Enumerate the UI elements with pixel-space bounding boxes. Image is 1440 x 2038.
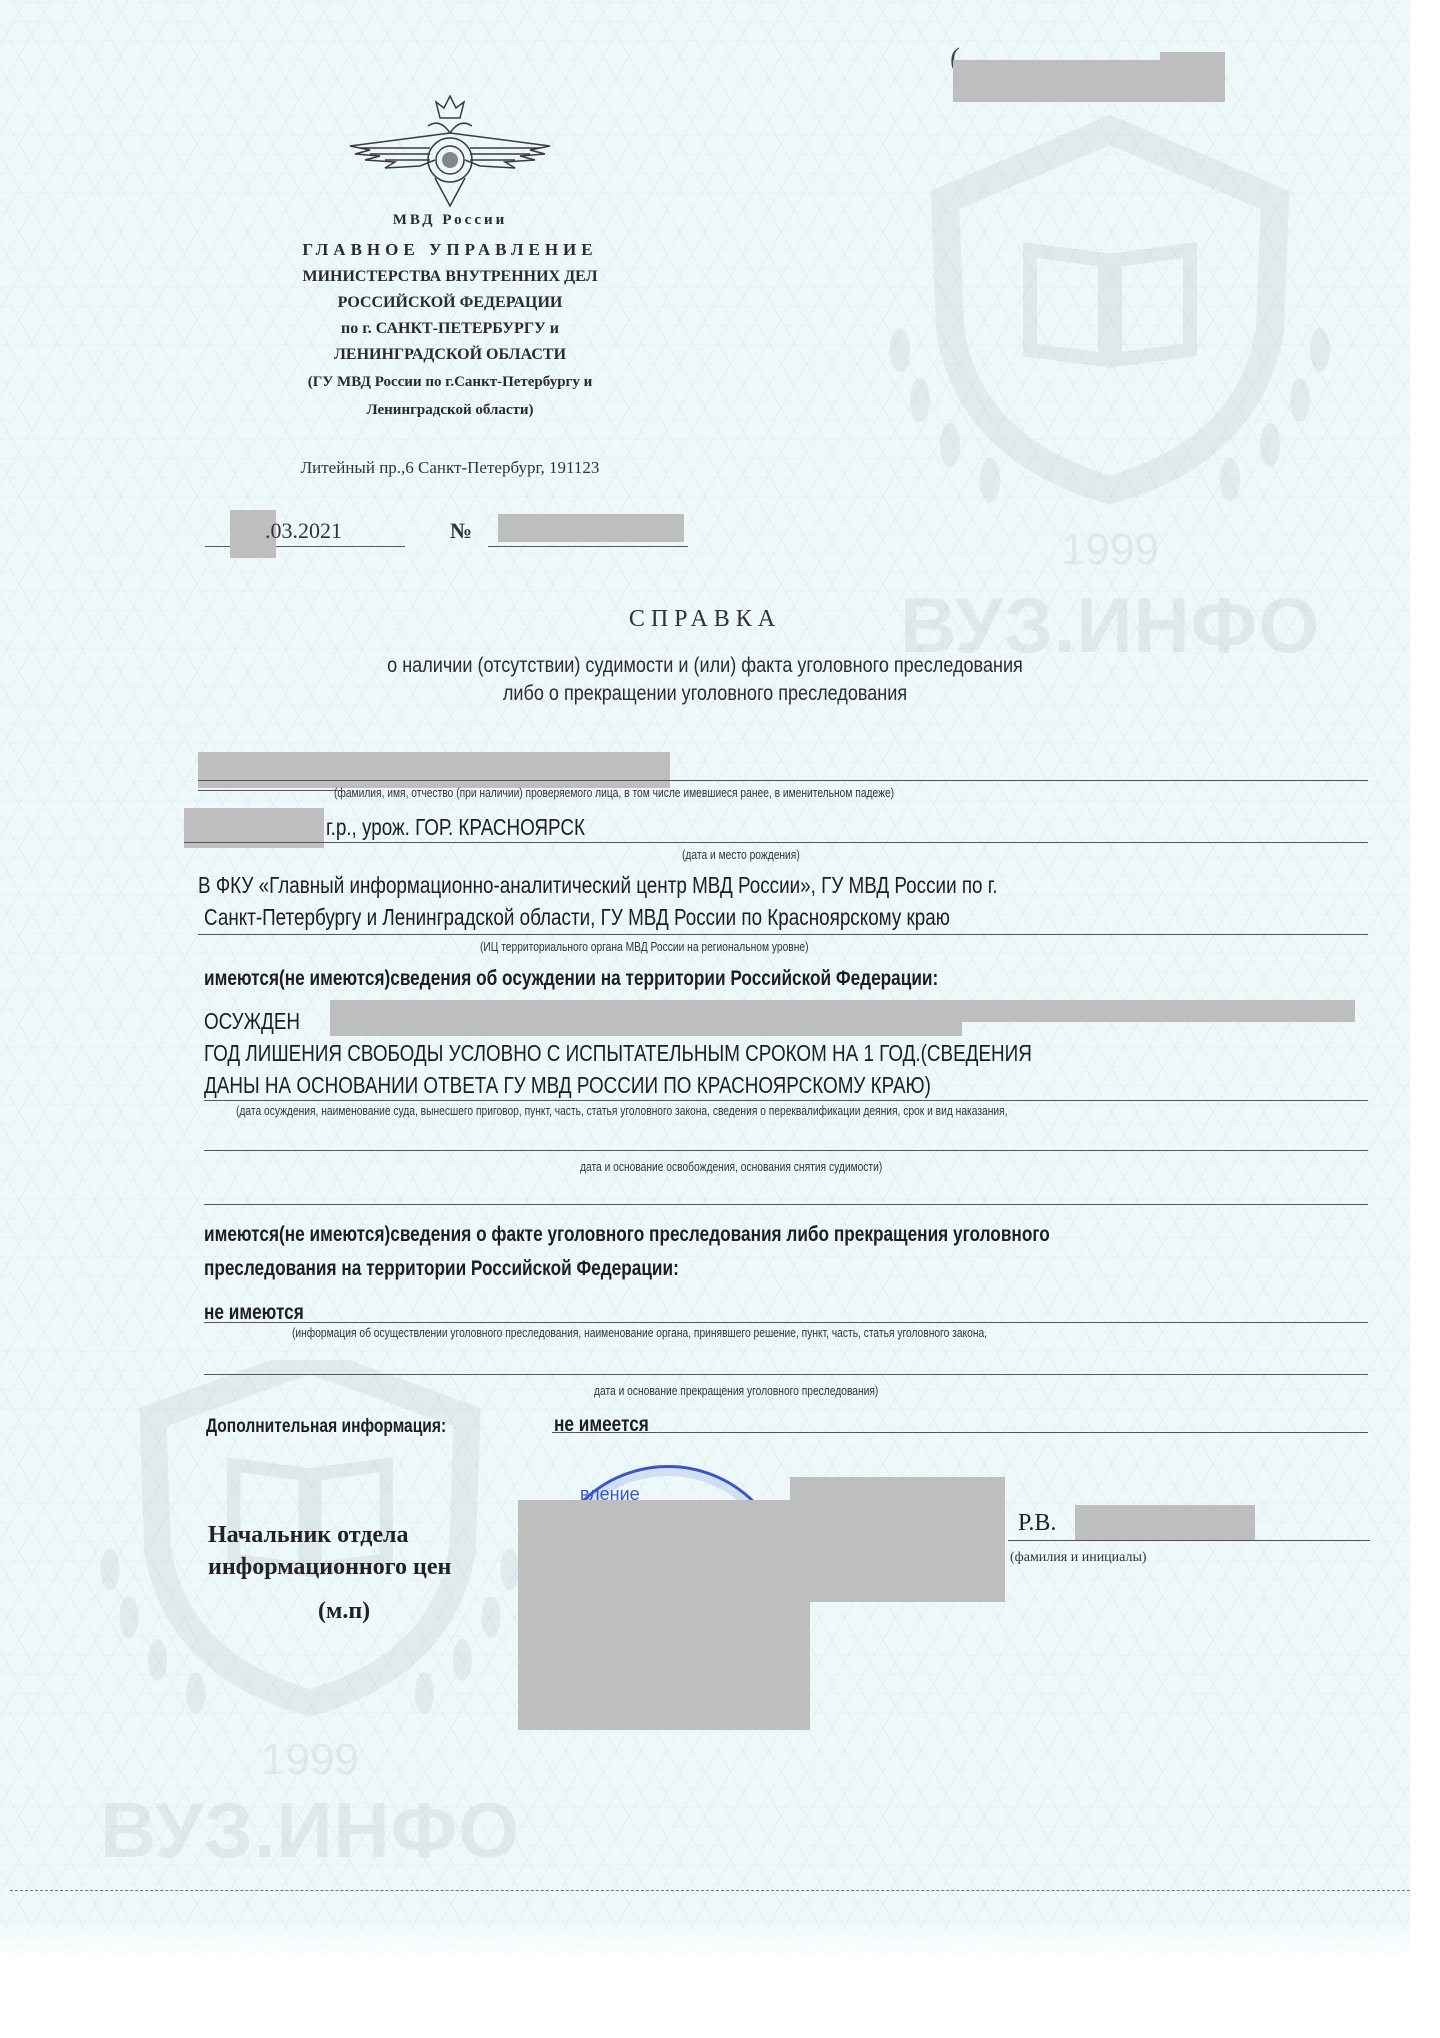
document-title: СПРАВКА xyxy=(0,606,1410,633)
prosecution-line-2 xyxy=(204,1374,1368,1375)
header-line: РОССИЙСКОЙ ФЕДЕРАЦИИ xyxy=(240,294,660,312)
redacted-block xyxy=(518,1500,810,1730)
header-line: Ленинградской области) xyxy=(240,402,660,419)
redacted-block xyxy=(1075,1505,1255,1541)
redacted-block xyxy=(790,1477,1005,1602)
conviction-hint: (дата осуждения, наименование суда, выне… xyxy=(236,1104,1008,1118)
signer-line xyxy=(1008,1540,1370,1541)
conviction-value-line: ОСУЖДЕН xyxy=(204,1008,321,1035)
header-line: МВД России xyxy=(240,212,660,229)
redacted-block xyxy=(953,60,1163,102)
redacted-block xyxy=(330,1018,962,1036)
watermark-year: 1999 xyxy=(80,1735,540,1785)
prosecution-label: имеются(не имеются)сведения о факте угол… xyxy=(204,1222,1235,1247)
additional-value: не имеется xyxy=(554,1412,670,1437)
number-sign: № xyxy=(450,518,472,544)
header-line: (ГУ МВД России по г.Санкт-Петербургу и xyxy=(240,374,660,391)
conviction-value-line: ДАНЫ НА ОСНОВАНИИ ОТВЕТА ГУ МВД РОССИИ П… xyxy=(204,1072,1090,1099)
signer-initials: Р.В. xyxy=(1018,1510,1056,1537)
header-line: ЛЕНИНГРАДСКОЙ ОБЛАСТИ xyxy=(240,346,660,364)
ic-hint: (ИЦ территориального органа МВД России н… xyxy=(480,940,809,954)
document-subtitle: о наличии (отсутствии) судимости и (или)… xyxy=(99,654,1312,678)
ic-value-line: В ФКУ «Главный информационно-аналитическ… xyxy=(198,872,1173,899)
document-page: 1999 ВУЗ.ИНФО 1999 ВУЗ.ИНФО ( xyxy=(0,0,1410,1960)
watermark-bottom: 1999 ВУЗ.ИНФО xyxy=(80,1360,540,1920)
ic-value-line: Санкт-Петербургу и Ленинградской области… xyxy=(204,904,1114,931)
conviction-line xyxy=(204,1100,1368,1101)
birth-line xyxy=(184,842,1368,843)
header-line: МИНИСТЕРСТВА ВНУТРЕННИХ ДЕЛ xyxy=(240,268,660,286)
header-address: Литейный пр.,6 Санкт-Петербург, 191123 xyxy=(240,458,660,478)
seal-mark: (м.п) xyxy=(318,1598,370,1625)
ic-line xyxy=(198,934,1368,935)
conviction-line-2 xyxy=(204,1150,1368,1151)
double-headed-eagle-emblem-icon xyxy=(340,88,560,208)
document-subtitle: либо о прекращении уголовного преследова… xyxy=(99,682,1312,706)
conviction-label: имеются(не имеются)сведения об осуждении… xyxy=(204,966,1099,991)
redacted-block xyxy=(1160,52,1225,102)
prosecution-hint: (информация об осуществлении уголовного … xyxy=(292,1326,987,1340)
fio-hint: (фамилия, имя, отчество (при наличии) пр… xyxy=(334,786,894,800)
fio-line-short xyxy=(198,790,338,791)
watermark-brand: ВУЗ.ИНФО xyxy=(80,1785,540,1876)
page-bottom-line xyxy=(10,1890,1410,1891)
conviction-line-3 xyxy=(204,1204,1368,1205)
birth-value: г.р., урож. ГОР. КРАСНОЯРСК xyxy=(326,814,642,841)
signer-name-hint: (фамилия и инициалы) xyxy=(1010,1550,1147,1566)
prosecution-hint-2: дата и основание прекращения уголовного … xyxy=(594,1384,878,1398)
birth-hint: (дата и место рождения) xyxy=(682,848,800,862)
prosecution-label: преследования на территории Российской Ф… xyxy=(204,1256,783,1281)
conviction-value-line: ГОД ЛИШЕНИЯ СВОБОДЫ УСЛОВНО С ИСПЫТАТЕЛЬ… xyxy=(204,1040,1214,1067)
redacted-block xyxy=(198,752,670,788)
conviction-hint-2: дата и основание освобождения, основания… xyxy=(580,1160,882,1174)
signer-position: Начальник отдела xyxy=(208,1522,409,1549)
watermark-year: 1999 xyxy=(880,525,1340,575)
header-line: ГЛАВНОЕ УПРАВЛЕНИЕ xyxy=(240,240,660,260)
shield-book-icon xyxy=(880,100,1340,520)
fio-line-1 xyxy=(198,780,1368,781)
additional-line xyxy=(552,1432,1368,1433)
watermark-top: 1999 ВУЗ.ИНФО xyxy=(880,100,1340,680)
signer-position: информационного цен xyxy=(208,1554,451,1581)
number-underline xyxy=(488,546,688,547)
prosecution-line xyxy=(204,1322,1368,1323)
document-date: .03.2021 xyxy=(265,518,342,544)
header-line: по г. САНКТ-ПЕТЕРБУРГУ и xyxy=(240,320,660,338)
additional-label: Дополнительная информация: xyxy=(206,1416,499,1438)
redacted-block xyxy=(498,514,684,542)
